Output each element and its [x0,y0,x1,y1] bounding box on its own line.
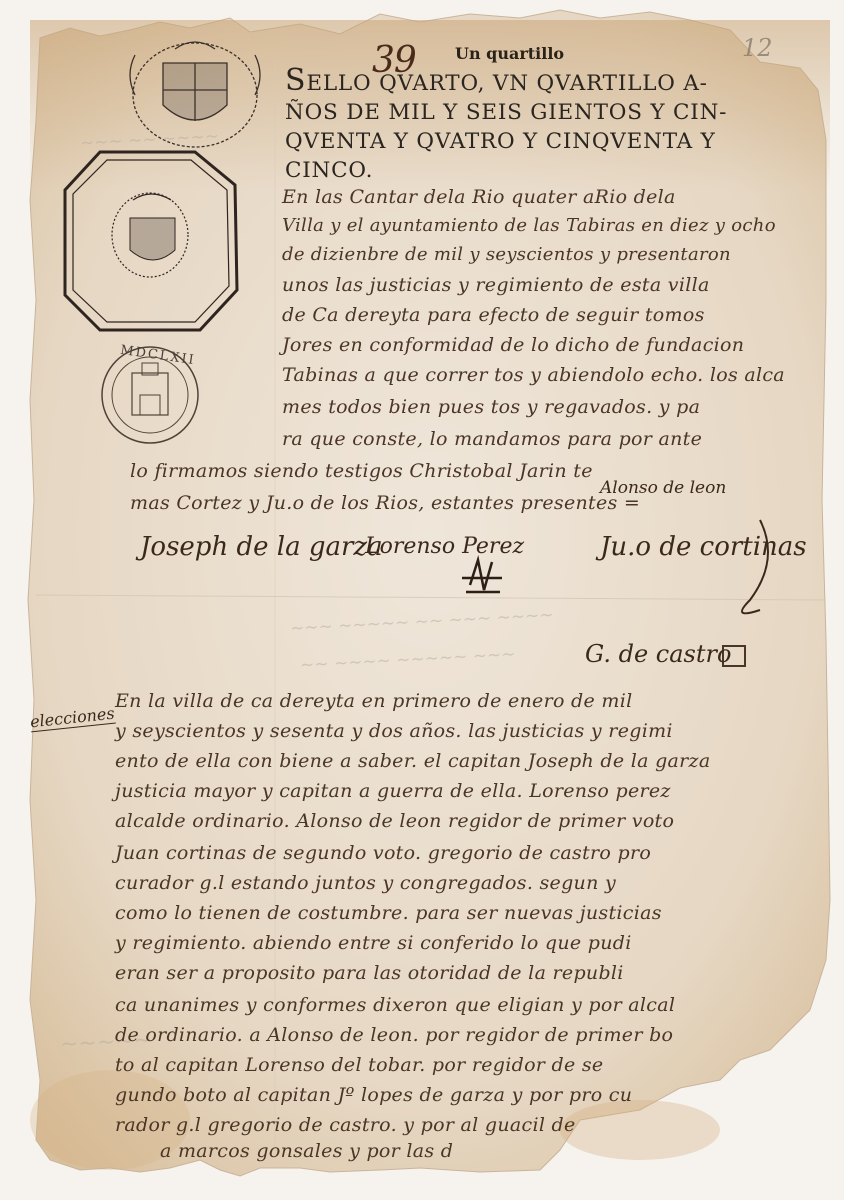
stamped-paper-header: SELLO QVARTO, VN QVARTILLO A- ÑOS DE MIL… [285,66,765,185]
stamp-line: CINCO. [285,156,765,185]
stamp-line: ÑOS DE MIL Y SEIS GIENTOS Y CIN- [285,98,765,127]
manuscript-line: alcalde ordinario. Alonso de leon regido… [115,810,674,832]
text-layer: 39 12 Un quartillo SELLO QVARTO, VN QVAR… [0,0,844,1200]
manuscript-line: unos las justicias y regimiento de esta … [282,274,710,296]
manuscript-line: y seyscientos y sesenta y dos años. las … [115,720,673,742]
signature-joseph-de-la-garza: Joseph de la garza [140,532,383,562]
manuscript-line: justicia mayor y capitan a guerra de ell… [115,780,671,802]
stamp-line: QVENTA Y QVATRO Y CINQVENTA Y [285,127,765,156]
manuscript-line: Tabinas a que correr tos y abiendolo ech… [282,364,785,386]
manuscript-line: mas Cortez y Ju.o de los Rios, estantes … [130,492,640,514]
signature-alonso-de-leon: Alonso de leon [600,478,726,498]
manuscript-line: rador g.l gregorio de castro. y por al g… [115,1114,576,1136]
manuscript-line: Jores en conformidad de lo dicho de fund… [282,334,744,356]
manuscript-line: En la villa de ca dereyta en primero de … [115,690,632,712]
folio-number-secondary: 12 [742,34,773,62]
seal-legend: MDCLXII [119,343,196,368]
manuscript-line: to al capitan Lorenso del tobar. por reg… [115,1054,603,1076]
manuscript-line: ca unanimes y conformes dixeron que elig… [115,994,675,1016]
margin-note-elecciones: elecciones [29,704,115,733]
manuscript-line: de ordinario. a Alonso de leon. por regi… [115,1024,673,1046]
manuscript-line: como lo tienen de costumbre. para ser nu… [115,902,662,924]
signature-g-de-castro: G. de castro [585,640,731,668]
manuscript-line: mes todos bien pues tos y regavados. y p… [282,396,700,418]
bleed-through-text: ~~ ~~~~ ~~~~~ ~~~ [300,644,516,675]
manuscript-line: a marcos gonsales y por las d [160,1140,453,1162]
manuscript-line: de dizienbre de mil y seyscientos y pres… [282,244,731,265]
manuscript-line: Villa y el ayuntamiento de las Tabiras e… [282,215,776,236]
bleed-through-text: ~~~ ~~~~~ ~~ ~~~ ~~~~ [290,605,554,639]
manuscript-line: ra que conste, lo mandamos para por ante [282,428,702,450]
manuscript-line: curador g.l estando juntos y congregados… [115,872,616,894]
signature-lorenso-perez: Lorenso Perez [365,534,524,559]
manuscript-line: de Ca dereyta para efecto de seguir tomo… [282,304,705,326]
stamp-header: Un quartillo [455,44,564,63]
manuscript-line: eran ser a proposito para las otoridad d… [115,962,624,984]
signature-juan-de-cortinas: Ju.o de cortinas [600,532,807,562]
manuscript-line: lo firmamos siendo testigos Christobal J… [130,460,593,482]
manuscript-line: ento de ella con biene a saber. el capit… [115,750,711,772]
manuscript-line: Juan cortinas de segundo voto. gregorio … [115,842,651,864]
bleed-through-text: ~~~ ~~ ~~~~ [80,126,220,153]
manuscript-line: y regimiento. abiendo entre si conferido… [115,932,632,954]
manuscript-line: gundo boto al capitan Jº lopes de garza … [115,1084,632,1106]
manuscript-line: En las Cantar dela Rio quater aRio dela [282,186,676,208]
stamp-line: SELLO QVARTO, VN QVARTILLO A- [285,66,765,98]
